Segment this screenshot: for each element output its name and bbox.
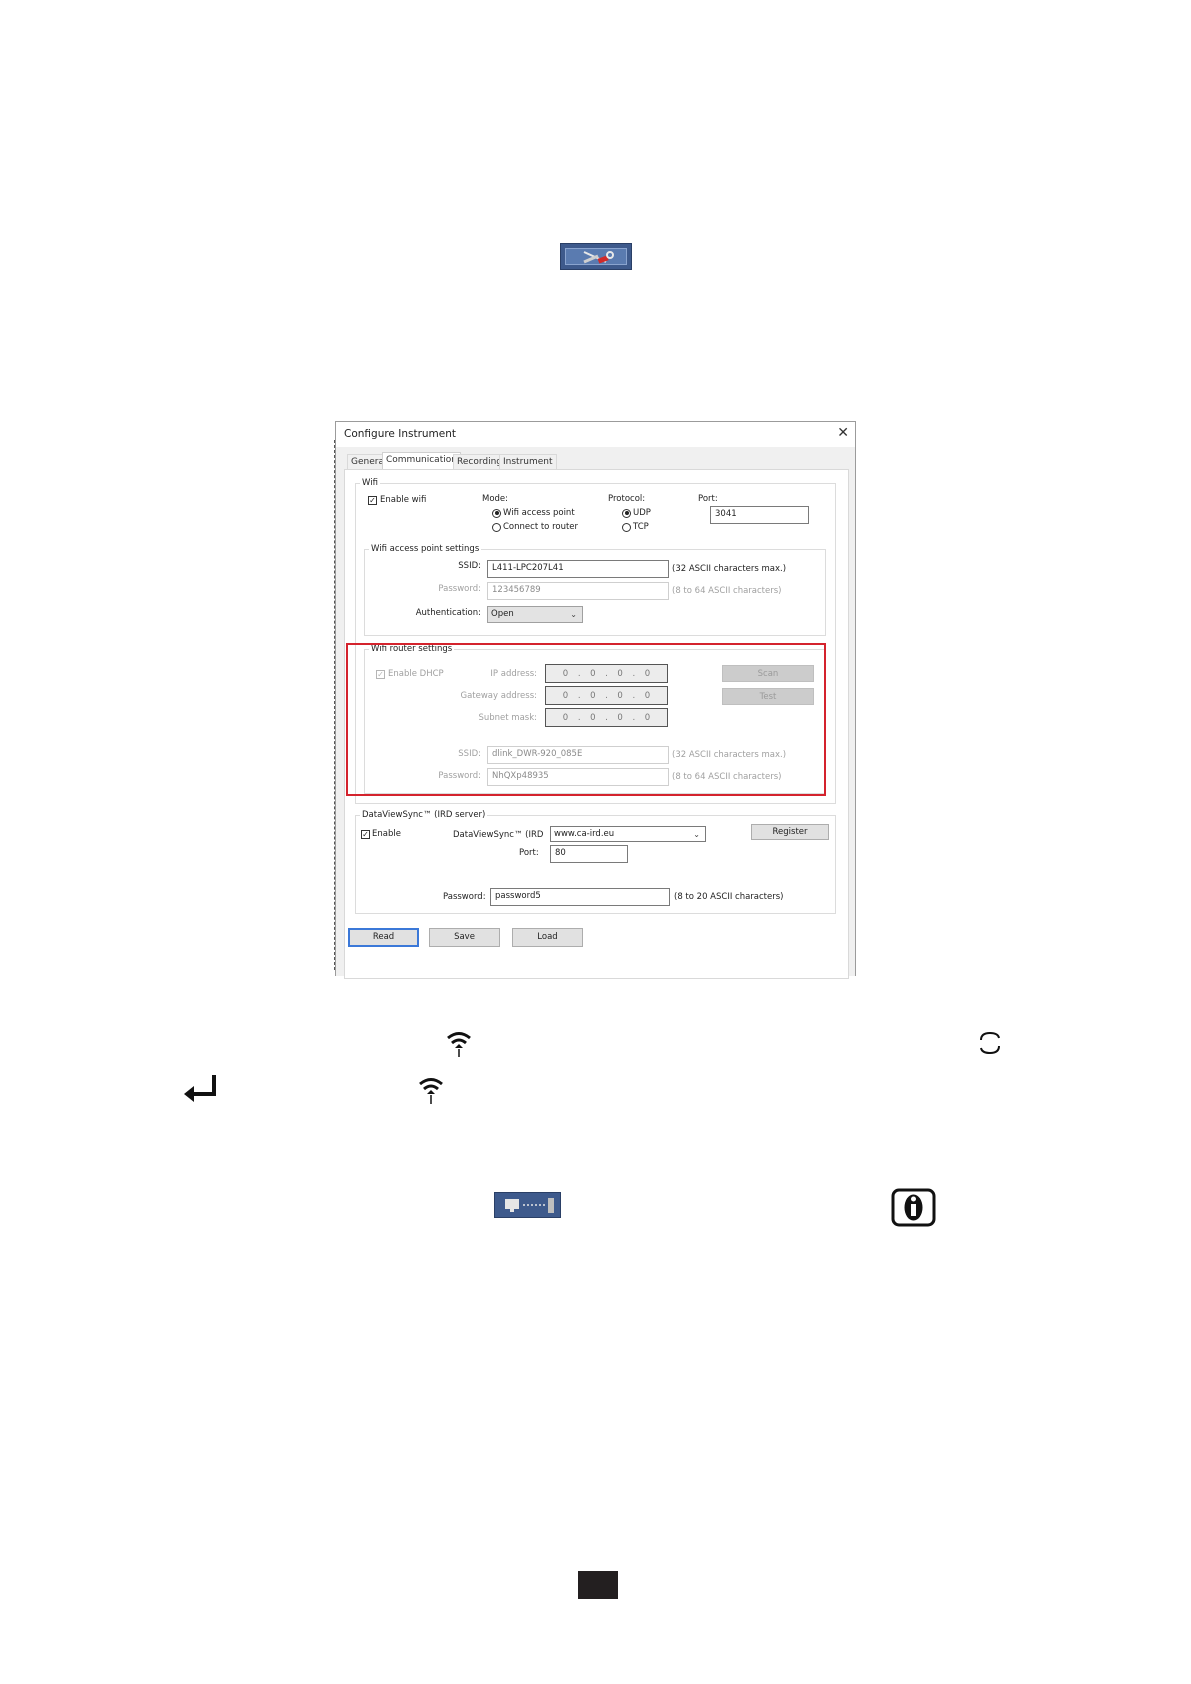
ap-ssid-input[interactable]: L411-LPC207L41 <box>487 560 669 578</box>
authentication-label: Authentication: <box>365 607 481 619</box>
dataviewsync-password-input[interactable]: password5 <box>490 888 670 906</box>
tools-wrench-screwdriver-icon <box>565 248 627 265</box>
dataviewsync-password-label: Password: <box>443 891 486 903</box>
pc-instrument-connection-toolbar-icon <box>494 1192 561 1218</box>
protocol-label: Protocol: <box>608 493 645 505</box>
radio-unselected-icon <box>492 523 501 532</box>
save-button[interactable]: Save <box>429 928 500 947</box>
enter-return-icon <box>182 1072 218 1106</box>
checkmark-icon: ✓ <box>368 496 377 505</box>
dataviewsync-password-hint: (8 to 20 ASCII characters) <box>674 891 784 903</box>
port-label: Port: <box>698 493 718 505</box>
configure-instrument-dialog: Configure Instrument ✕ General Communica… <box>335 421 856 976</box>
protocol-radio-tcp[interactable]: TCP <box>622 521 649 533</box>
chevron-down-icon: ⌄ <box>693 827 700 842</box>
enable-wifi-checkbox[interactable]: ✓ Enable wifi <box>368 494 426 506</box>
dataviewsync-group: DataViewSync™ (IRD server) ✓ Enable Data… <box>355 815 836 914</box>
tab-communication[interactable]: Communication <box>382 452 461 470</box>
dialog-title: Configure Instrument <box>344 428 456 440</box>
wifi-icon <box>417 1072 445 1106</box>
tab-instrument[interactable]: Instrument <box>499 454 557 469</box>
register-button[interactable]: Register <box>751 824 829 840</box>
router-settings-highlight <box>346 643 826 796</box>
wifi-port-input[interactable]: 3041 <box>710 506 809 524</box>
mode-radio-access-point[interactable]: Wifi access point <box>492 507 575 519</box>
protocol-radio-udp[interactable]: UDP <box>622 507 651 519</box>
read-button[interactable]: Read <box>348 928 419 947</box>
close-icon[interactable]: ✕ <box>837 425 849 441</box>
dataviewsync-port-label: Port: <box>519 847 539 859</box>
radio-unselected-icon <box>622 523 631 532</box>
load-button[interactable]: Load <box>512 928 583 947</box>
chevron-down-icon: ⌄ <box>570 607 577 622</box>
radio-selected-icon <box>492 509 501 518</box>
radio-selected-icon <box>622 509 631 518</box>
ap-password-hint: (8 to 64 ASCII characters) <box>672 585 782 597</box>
info-icon <box>891 1188 936 1243</box>
dataviewsync-server-select[interactable]: www.ca-ird.eu ⌄ <box>550 826 706 842</box>
access-point-legend: Wifi access point settings <box>369 544 481 554</box>
dialog-titlebar: Configure Instrument ✕ <box>336 422 855 447</box>
page-number-block <box>578 1571 618 1599</box>
ap-ssid-label: SSID: <box>365 560 481 572</box>
authentication-select[interactable]: Open ⌄ <box>487 606 583 623</box>
dataviewsync-server-label: DataViewSync™ (IRD <box>453 829 543 841</box>
dataviewsync-port-input[interactable]: 80 <box>550 845 628 863</box>
mode-radio-connect-router[interactable]: Connect to router <box>492 521 578 533</box>
wifi-icon <box>445 1028 473 1058</box>
dataviewsync-legend: DataViewSync™ (IRD server) <box>360 810 487 820</box>
wifi-group-legend: Wifi <box>360 478 380 488</box>
dataviewsync-enable-checkbox[interactable]: ✓ Enable <box>361 828 401 840</box>
configure-instrument-toolbar-icon <box>560 243 632 270</box>
ap-password-label: Password: <box>365 583 481 595</box>
refresh-arrows-icon <box>978 1028 1002 1058</box>
checkmark-icon: ✓ <box>361 830 370 839</box>
mode-label: Mode: <box>482 493 508 505</box>
access-point-group: Wifi access point settings SSID: L411-LP… <box>364 549 826 636</box>
ap-password-input[interactable]: 123456789 <box>487 582 669 600</box>
ap-ssid-hint: (32 ASCII characters max.) <box>672 563 786 575</box>
